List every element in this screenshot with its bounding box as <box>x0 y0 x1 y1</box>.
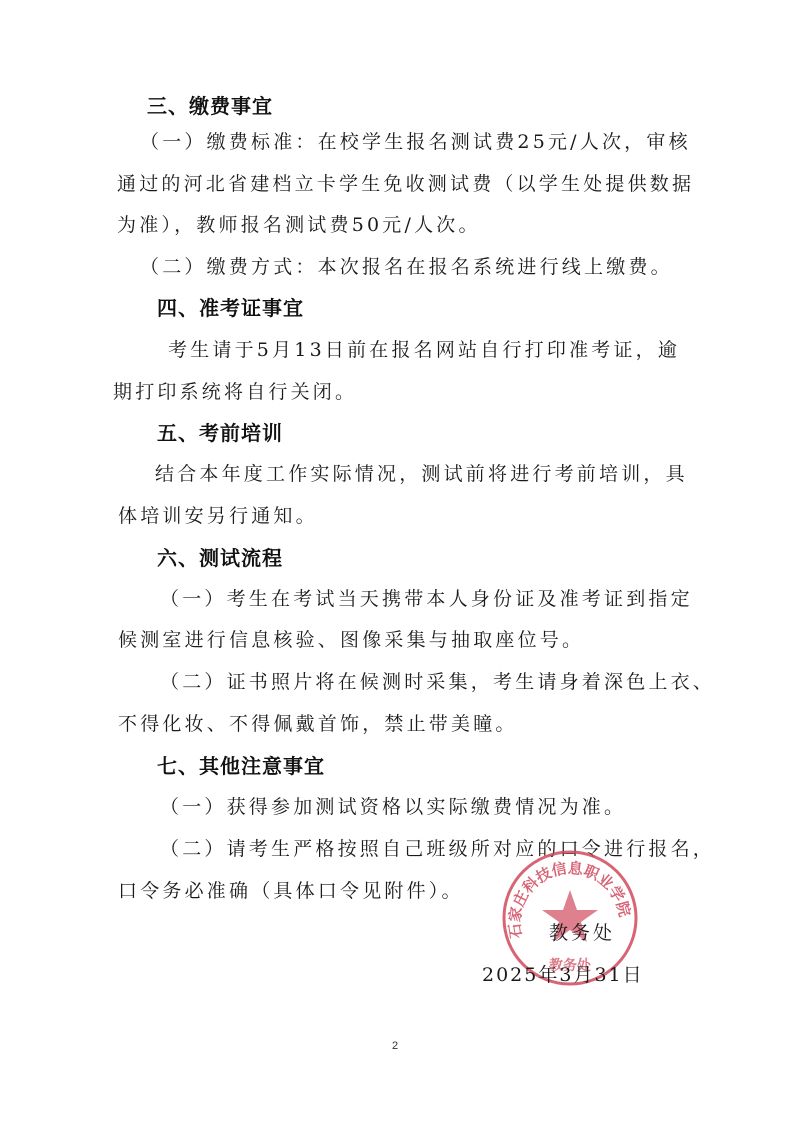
page-number: 2 <box>392 1040 398 1052</box>
paragraph-line: 为准），教师报名测试费50元/人次。 <box>117 213 481 237</box>
section-heading: 三、缴费事宜 <box>147 94 273 118</box>
paragraph-line: （二）缴费方式：本次报名在报名系统进行线上缴费。 <box>140 255 673 279</box>
section-heading: 六、测试流程 <box>157 546 283 570</box>
paragraph-line: （一）考生在考试当天携带本人身份证及准考证到指定 <box>160 587 693 611</box>
paragraph-line: （二）证书照片将在候测时采集，考生请身着深色上衣、 <box>160 670 715 694</box>
paragraph-line: 口令务必准确（具体口令见附件）。 <box>118 879 464 903</box>
section-heading: 七、其他注意事宜 <box>157 754 325 778</box>
paragraph-line: 不得化妆、不得佩戴首饰，禁止带美瞳。 <box>118 712 518 736</box>
paragraph-line: 期打印系统将自行关闭。 <box>113 380 357 404</box>
section-heading: 五、考前培训 <box>157 421 283 445</box>
paragraph-line: 考生请于5月13日前在报名网站自行打印准考证，逾 <box>168 338 680 362</box>
section-heading: 四、准考证事宜 <box>157 296 304 320</box>
paragraph-line: 体培训安另行通知。 <box>118 504 318 528</box>
signature-date: 2025年3月31日 <box>482 960 644 987</box>
signature-department: 教务处 <box>549 918 615 945</box>
paragraph-line: 通过的河北省建档立卡学生免收测试费（以学生处提供数据 <box>117 172 694 196</box>
paragraph-line: （一）缴费标准：在校学生报名测试费25元/人次，审核 <box>140 130 691 154</box>
paragraph-line: 结合本年度工作实际情况，测试前将进行考前培训，具 <box>155 462 688 486</box>
paragraph-line: 候测室进行信息核验、图像采集与抽取座位号。 <box>118 628 584 652</box>
paragraph-line: （一）获得参加测试资格以实际缴费情况为准。 <box>160 795 626 819</box>
